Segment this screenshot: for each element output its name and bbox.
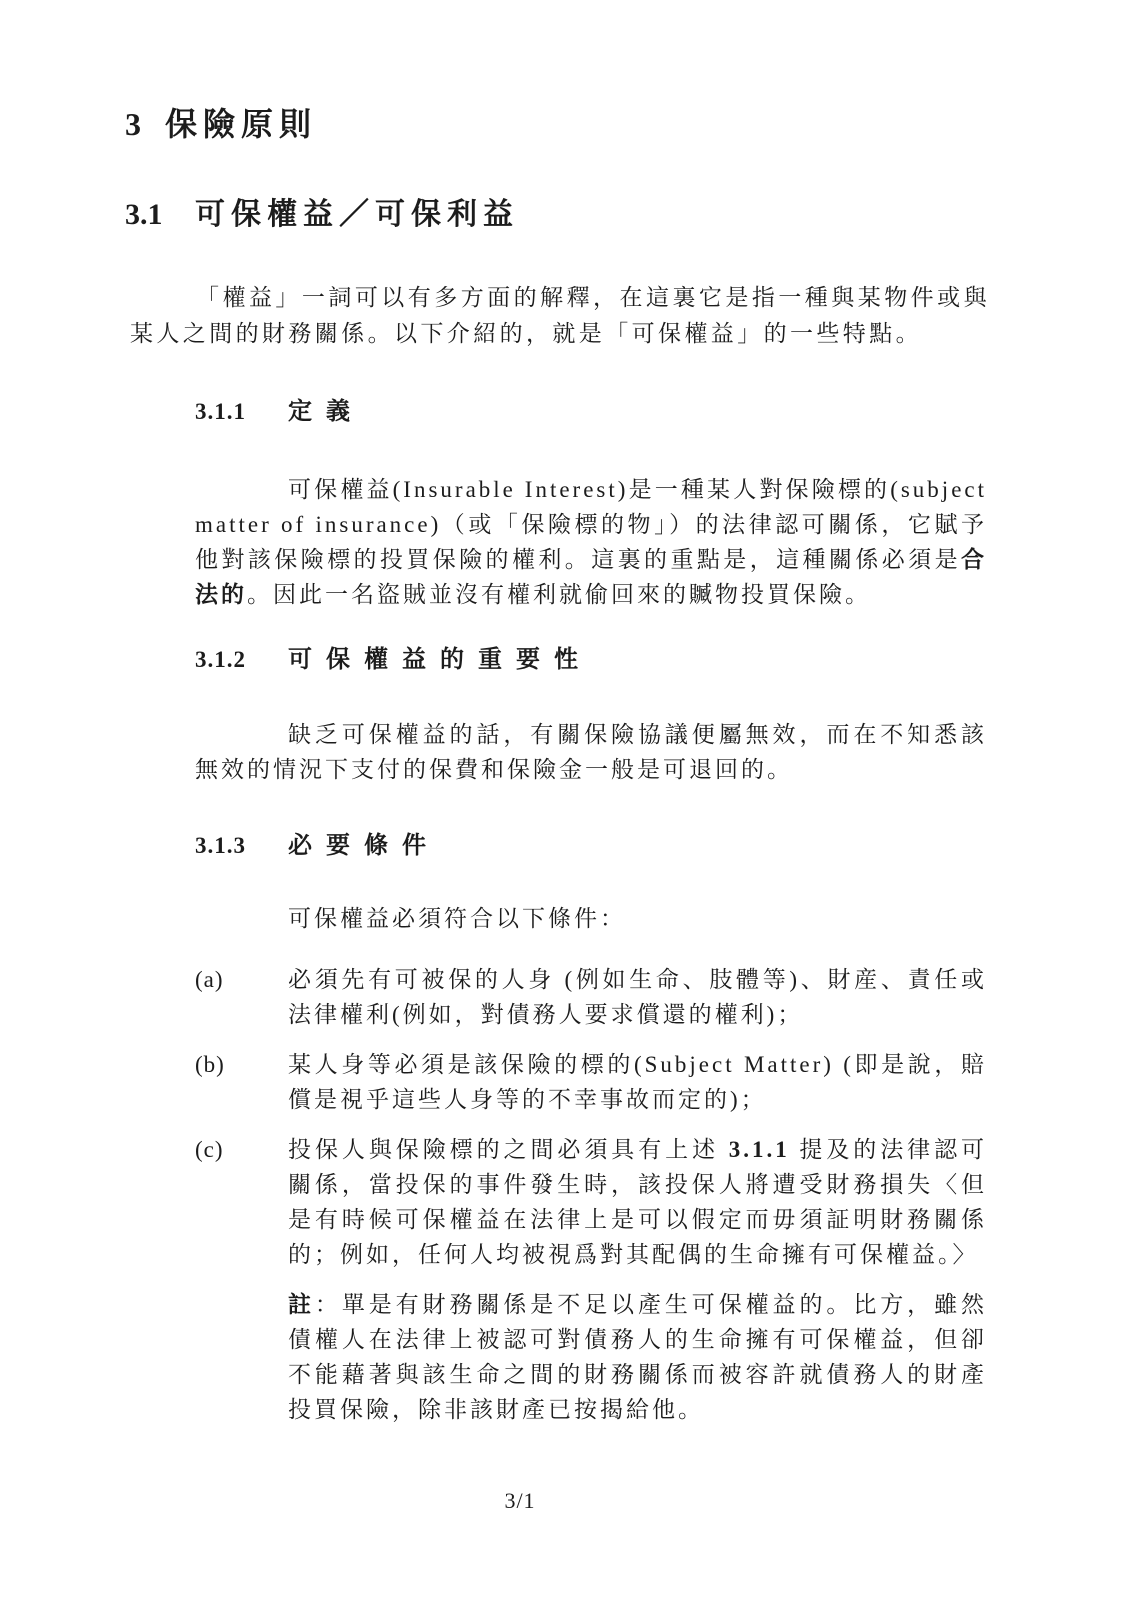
list-item-a-label: (a): [195, 962, 288, 1032]
subsection-311-title: 定義: [288, 397, 364, 427]
paragraph-text: 可保權益(Insurable Interest)是一種某人對保險標的(subje…: [195, 477, 987, 572]
paragraph-text: 。因此一名盜賊並沒有權利就偷回來的贓物投買保險。: [247, 582, 871, 607]
list-item-b-text: 某人身等必須是該保險的標的(Subject Matter) (即是說，賠償是視乎…: [288, 1047, 987, 1117]
subsection-312-heading: 3.1.2 可保權益的重要性: [195, 645, 987, 675]
list-item-c: (c) 投保人與保險標的之間必須具有上述 3.1.1 提及的法律認可關係，當投保…: [195, 1132, 987, 1272]
subsection-311-paragraph: 可保權益(Insurable Interest)是一種某人對保險標的(subje…: [195, 472, 987, 612]
list-item-b-label: (b): [195, 1047, 288, 1117]
note-text: ：單是有財務關係是不足以產生可保權益的。比方，雖然債權人在法律上被認可對債務人的…: [288, 1292, 987, 1422]
subsection-312-number: 3.1.2: [195, 645, 288, 675]
subsection-313-number: 3.1.3: [195, 831, 288, 861]
paragraph-text: 投保人與保險標的之間必須具有上述: [288, 1137, 729, 1162]
section-title: 可保權益／可保利益: [195, 196, 519, 234]
cross-reference: 3.1.1: [729, 1137, 790, 1162]
note-label: 註: [288, 1292, 315, 1317]
list-item-a: (a) 必須先有可被保的人身 (例如生命、肢體等)、財産、責任或法律權利(例如，…: [195, 962, 987, 1032]
list-item-b: (b) 某人身等必須是該保險的標的(Subject Matter) (即是說，賠…: [195, 1047, 987, 1117]
page-number: 3/1: [0, 1488, 1040, 1514]
note-paragraph: 註：單是有財務關係是不足以產生可保權益的。比方，雖然債權人在法律上被認可對債務人…: [288, 1287, 987, 1427]
document-page: 3 保險原則 3.1 可保權益／可保利益 「權益」一詞可以有多方面的解釋，在這裏…: [0, 0, 1131, 1600]
list-item-c-text: 投保人與保險標的之間必須具有上述 3.1.1 提及的法律認可關係，當投保的事件發…: [288, 1132, 987, 1272]
chapter-number: 3: [125, 104, 165, 144]
subsection-311-heading: 3.1.1 定義: [195, 397, 987, 427]
subsection-312-paragraph: 缺乏可保權益的話，有關保險協議便屬無效，而在不知悉該無效的情況下支付的保費和保險…: [195, 717, 987, 787]
list-item-c-label: (c): [195, 1132, 288, 1272]
section-number: 3.1: [125, 196, 195, 234]
subsection-313-title: 必要條件: [288, 831, 440, 861]
conditions-lead: 可保權益必須符合以下條件：: [195, 901, 987, 936]
section-heading: 3.1 可保權益／可保利益: [125, 196, 1131, 234]
chapter-title: 保險原則: [165, 104, 317, 144]
list-item-a-text: 必須先有可被保的人身 (例如生命、肢體等)、財産、責任或法律權利(例如，對債務人…: [288, 962, 987, 1032]
intro-paragraph: 「權益」一詞可以有多方面的解釋，在這裏它是指一種與某物件或與某人之間的財務關係。…: [130, 280, 990, 352]
subsection-313-heading: 3.1.3 必要條件: [195, 831, 987, 861]
subsections-block: 3.1.1 定義 可保權益(Insurable Interest)是一種某人對保…: [195, 397, 987, 1427]
chapter-heading: 3 保險原則: [125, 104, 1131, 144]
subsection-312-title: 可保權益的重要性: [288, 645, 592, 675]
subsection-311-number: 3.1.1: [195, 397, 288, 427]
